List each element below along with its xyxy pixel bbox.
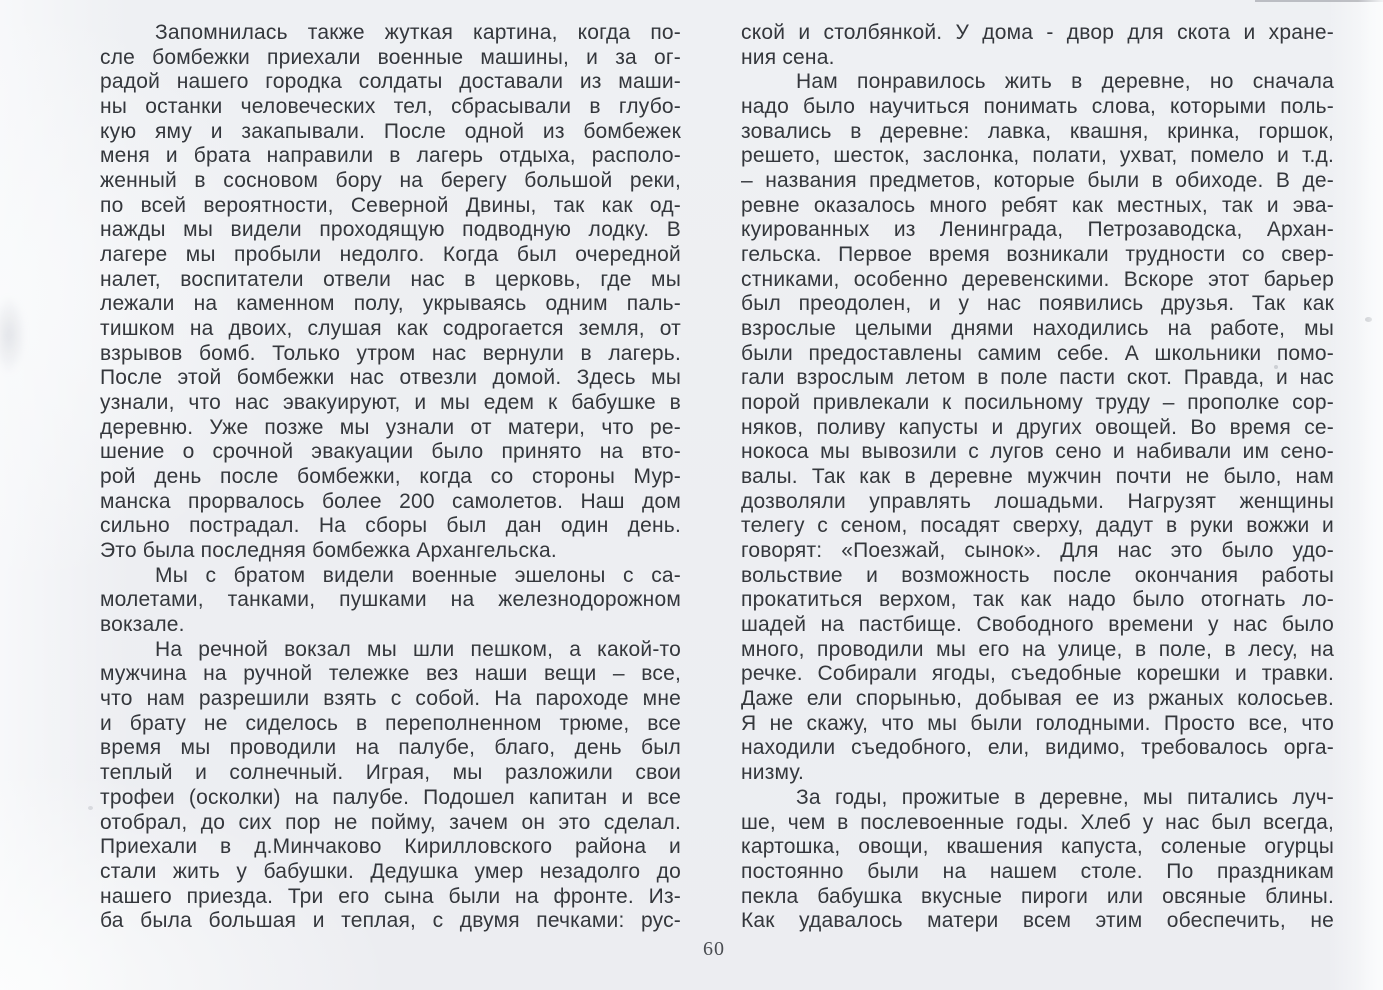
text-line: манска прорвалось более 200 самолетов. Н…	[100, 490, 681, 515]
text-line: теплый и солнечный. Играя, мы разложили …	[100, 761, 681, 786]
text-line: трофеи (осколки) на палубе. Подошел капи…	[100, 786, 681, 811]
text-line: Это была последняя бомбежка Архангельска…	[100, 539, 681, 564]
text-line: ской и столбянкой. У дома - двор для ско…	[741, 21, 1334, 46]
text-line: валы. Так как в деревне мужчин почти не …	[741, 465, 1334, 490]
text-line: вольствие и возможность после окончания …	[741, 564, 1334, 589]
text-line: Нам понравилось жить в деревне, но снача…	[741, 70, 1334, 95]
text-line: сильно пострадал. На сборы был дан один …	[100, 514, 681, 539]
text-line: За годы, прожитые в деревне, мы питались…	[741, 786, 1334, 811]
text-line: взрослые целыми днями находились на рабо…	[741, 317, 1334, 342]
right-text-column: ской и столбянкой. У дома - двор для ско…	[741, 21, 1334, 934]
text-line: налет, воспитатели отвели нас в церковь,…	[100, 268, 681, 293]
text-line: ше, чем в послевоенные годы. Хлеб у нас …	[741, 811, 1334, 836]
text-line: лежали на каменном полу, укрываясь одним…	[100, 292, 681, 317]
text-line: сле бомбежки приехали военные машины, и …	[100, 46, 681, 71]
text-line: Запомнилась также жуткая картина, когда …	[100, 21, 681, 46]
text-line: по всей вероятности, Северной Двины, так…	[100, 194, 681, 219]
text-line: Мы с братом видели военные эшелоны с са-	[100, 564, 681, 589]
text-line: порой привлекали к посильному труду – пр…	[741, 391, 1334, 416]
text-line: ба была большая и теплая, с двумя печкам…	[100, 909, 681, 934]
text-line: дозволяли управлять лошадьми. Нагрузят ж…	[741, 490, 1334, 515]
text-line: прокатиться верхом, так как надо было от…	[741, 588, 1334, 613]
text-line: стниками, особенно деревенскими. Вскоре …	[741, 268, 1334, 293]
text-line: надо было научиться понимать слова, кото…	[741, 95, 1334, 120]
text-line: ревне оказалось много ребят как местных,…	[741, 194, 1334, 219]
text-line: узнали, что нас эвакуируют, и мы едем к …	[100, 391, 681, 416]
text-line: нашего приезда. Три его сына были на фро…	[100, 885, 681, 910]
text-line: молетами, танками, пушками на железнодор…	[100, 588, 681, 613]
scan-speck	[88, 806, 93, 810]
text-line: рой день после бомбежки, когда со сторон…	[100, 465, 681, 490]
text-line: зовались в деревне: лавка, квашня, кринк…	[741, 120, 1334, 145]
text-line: радой нашего городка солдаты доставали и…	[100, 70, 681, 95]
text-line: речке. Собирали ягоды, съедобные корешки…	[741, 662, 1334, 687]
text-line: На речной вокзал мы шли пешком, а какой-…	[100, 638, 681, 663]
text-line: – названия предметов, которые были в оби…	[741, 169, 1334, 194]
text-line: время мы проводили на палубе, благо, ден…	[100, 736, 681, 761]
text-line: ния сена.	[741, 46, 1334, 71]
text-line: ны останки человеческих тел, сбрасывали …	[100, 95, 681, 120]
text-line: гали взрослым летом в поле пасти скот. П…	[741, 366, 1334, 391]
text-line: гельска. Первое время возникали трудност…	[741, 243, 1334, 268]
scan-edge-highlight	[1358, 0, 1383, 990]
text-line: находили съедобного, ели, видимо, требов…	[741, 736, 1334, 761]
text-line: вокзале.	[100, 613, 681, 638]
text-line: говорят: «Поезжай, сынок». Для нас это б…	[741, 539, 1334, 564]
text-line: стали жить у бабушки. Дедушка умер незад…	[100, 860, 681, 885]
text-line: решето, шесток, заслонка, полати, ухват,…	[741, 144, 1334, 169]
text-line: лагере мы пробыли недолго. Когда был оче…	[100, 243, 681, 268]
text-line: меня и брата направили в лагерь отдыха, …	[100, 144, 681, 169]
scan-edge-line	[1255, 0, 1383, 2]
text-line: После этой бомбежки нас отвезли домой. З…	[100, 366, 681, 391]
text-line: женный в сосновом бору на берегу большой…	[100, 169, 681, 194]
text-line: картошка, овощи, квашения капуста, солен…	[741, 835, 1334, 860]
text-line: нажды мы видели проходящую подводную лод…	[100, 218, 681, 243]
text-line: постоянно были на нашем столе. По праздн…	[741, 860, 1334, 885]
scan-speck	[1365, 317, 1372, 322]
text-line: Как удавалось матери всем этим обеспечит…	[741, 909, 1334, 934]
text-line: кую яму и закапывали. После одной из бом…	[100, 120, 681, 145]
text-line: шадей на пастбище. Свободного времени у …	[741, 613, 1334, 638]
text-line: были предоставлены самим себе. А школьни…	[741, 342, 1334, 367]
text-line: Приехали в д.Минчаково Кирилловского рай…	[100, 835, 681, 860]
text-line: няков, поливу капусты и других овощей. В…	[741, 416, 1334, 441]
scanned-book-page: Запомнилась также жуткая картина, когда …	[0, 0, 1383, 990]
text-line: куированных из Ленинграда, Петрозаводска…	[741, 218, 1334, 243]
text-line: отобрал, до сих пор не пойму, зачем он э…	[100, 811, 681, 836]
text-line: низму.	[741, 761, 1334, 786]
scan-smudge	[0, 295, 26, 375]
text-line: взрывов бомб. Только утром нас вернули в…	[100, 342, 681, 367]
text-line: Даже ели спорынью, добывая ее из ржаных …	[741, 687, 1334, 712]
text-line: нокоса мы вывозили с лугов сено и набива…	[741, 440, 1334, 465]
text-line: телегу с сеном, посадят сверху, дадут в …	[741, 514, 1334, 539]
text-line: много, проводили мы его на улице, в поле…	[741, 638, 1334, 663]
text-line: шение о срочной эвакуации было принято н…	[100, 440, 681, 465]
page-number: 60	[689, 938, 739, 961]
text-line: мужчина на ручной тележке вез наши вещи …	[100, 662, 681, 687]
text-line: пекла бабушка вкусные пироги или овсяные…	[741, 885, 1334, 910]
left-text-column: Запомнилась также жуткая картина, когда …	[100, 21, 681, 934]
text-line: деревню. Уже позже мы узнали от матери, …	[100, 416, 681, 441]
text-line: и брату не сиделось в переполненном трюм…	[100, 712, 681, 737]
text-line: тишком на двоих, слушая как содрогается …	[100, 317, 681, 342]
text-line: был преодолен, и у нас появились друзья.…	[741, 292, 1334, 317]
text-line: что нам разрешили взять с собой. На паро…	[100, 687, 681, 712]
text-line: Я не скажу, что мы были голодными. Прост…	[741, 712, 1334, 737]
